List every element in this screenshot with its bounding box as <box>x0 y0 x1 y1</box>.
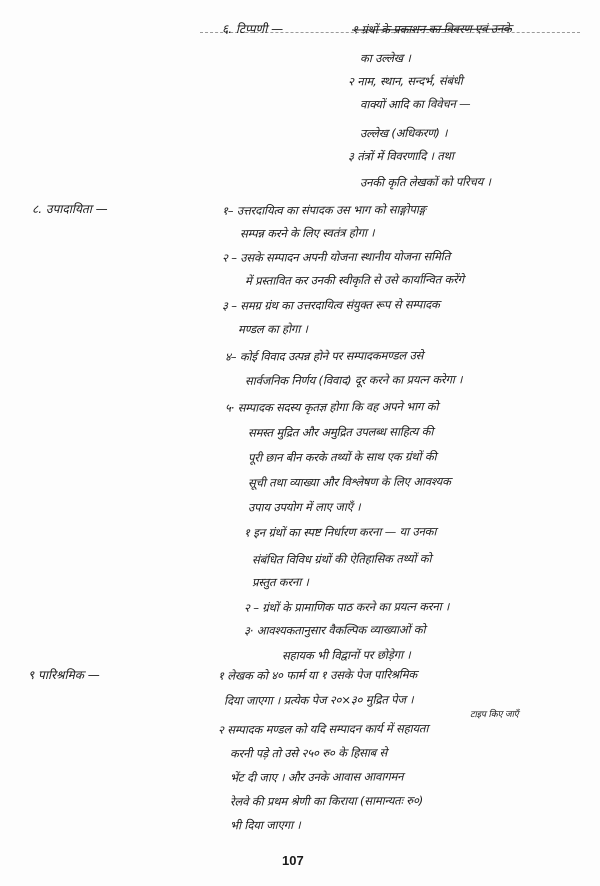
clause-line: ४– कोई विवाद उत्पन्न होने पर सम्पादकमण्ड… <box>225 348 423 363</box>
margin-note: टाइप किए जाएँ <box>470 708 519 722</box>
note-line: १ ग्रंथों के प्रकाशन का विवरण एवं उनके <box>352 21 512 36</box>
payment-line: रेलवे की प्रथम श्रेणी का किराया (सामान्य… <box>230 793 423 808</box>
clause-line: २ – ग्रंथों के प्रामाणिक पाठ करने का प्र… <box>244 599 449 614</box>
payment-line: १ लेखक को ४० फार्म या १ उसके पेज पारिश्र… <box>218 667 417 682</box>
manuscript-page: ६. टिप्पणी — १ ग्रंथों के प्रकाशन का विव… <box>0 0 600 886</box>
note-line: वाक्यों आदि का विवेचन — <box>360 97 471 112</box>
payment-line: भी दिया जाएगा । <box>230 818 301 832</box>
clause-line: सूची तथा व्याख्या और विश्लेषण के लिए आवश… <box>248 474 451 489</box>
note-line: २ नाम, स्थान, सन्दर्भ, संबंधी <box>348 74 463 89</box>
note-line: ३ तंत्रों में विवरणादि । तथा <box>348 149 454 164</box>
payment-line: भेंट दी जाए । और उनके आवास आवागमन <box>230 769 403 784</box>
note-line: उनकी कृति लेखकों को परिचय । <box>360 175 491 190</box>
clause-line: में प्रस्तावित कर उनकी स्वीकृति से उसे क… <box>245 272 464 288</box>
clause-line: १– उत्तरदायित्व का संपादक उस भाग को साङ्… <box>222 202 426 217</box>
clause-line: मण्डल का होगा । <box>238 322 308 336</box>
clause-line: प्रस्तुत करना । <box>252 575 309 589</box>
payment-line: २ सम्पादक मण्डल को यदि सम्पादन कार्य में… <box>218 721 428 736</box>
section-heading-tippani: ६. टिप्पणी — <box>222 20 283 37</box>
clause-line: ३ – समग्र ग्रंथ का उत्तरदायित्व संयुक्त … <box>222 297 440 313</box>
section-heading-upadayita: ८. उपादायिता — <box>32 200 108 217</box>
clause-line: २ – उसके सम्पादन अपनी योजना स्थानीय योजन… <box>222 249 450 265</box>
clause-line: सम्पन्न करने के लिए स्वतंत्र होगा । <box>240 226 375 241</box>
clause-line: समस्त मुद्रित और अमुद्रित उपलब्ध साहित्य… <box>248 424 433 439</box>
clause-line: पूरी छान बीन करके तथ्यों के साथ एक ग्रंथ… <box>248 449 437 464</box>
clause-line: संबंधित विविध ग्रंथों की ऐतिहासिक तथ्यों… <box>252 551 431 566</box>
clause-line: १ इन ग्रंथों का स्पष्ट निर्धारण करना — य… <box>244 524 436 539</box>
payment-line: दिया जाएगा । प्रत्येक पेज २०×३० मुद्रित … <box>224 692 413 707</box>
section-heading-parishramik: ९ पारिश्रमिक — <box>28 666 100 683</box>
note-line: का उल्लेख । <box>360 51 411 65</box>
payment-line: करनी पड़े तो उसे २५० रु० के हिसाब से <box>230 745 387 760</box>
note-line: उल्लेख (अधिकरण) । <box>360 126 447 141</box>
clause-line: सार्वजनिक निर्णय (विवाद) दूर करने का प्र… <box>245 372 462 388</box>
clause-line: ५· सम्पादक सदस्य कृतज्ञ होगा कि वह अपने … <box>225 399 438 414</box>
clause-line: ३· आवश्यकतानुसार वैकल्पिक व्याख्याओं को <box>244 622 425 637</box>
page-number: 107 <box>282 853 304 868</box>
clause-line: उपाय उपयोग में लाए जाएँ । <box>248 500 360 515</box>
clause-line: सहायक भी विद्वानों पर छोड़ेगा । <box>282 648 411 663</box>
